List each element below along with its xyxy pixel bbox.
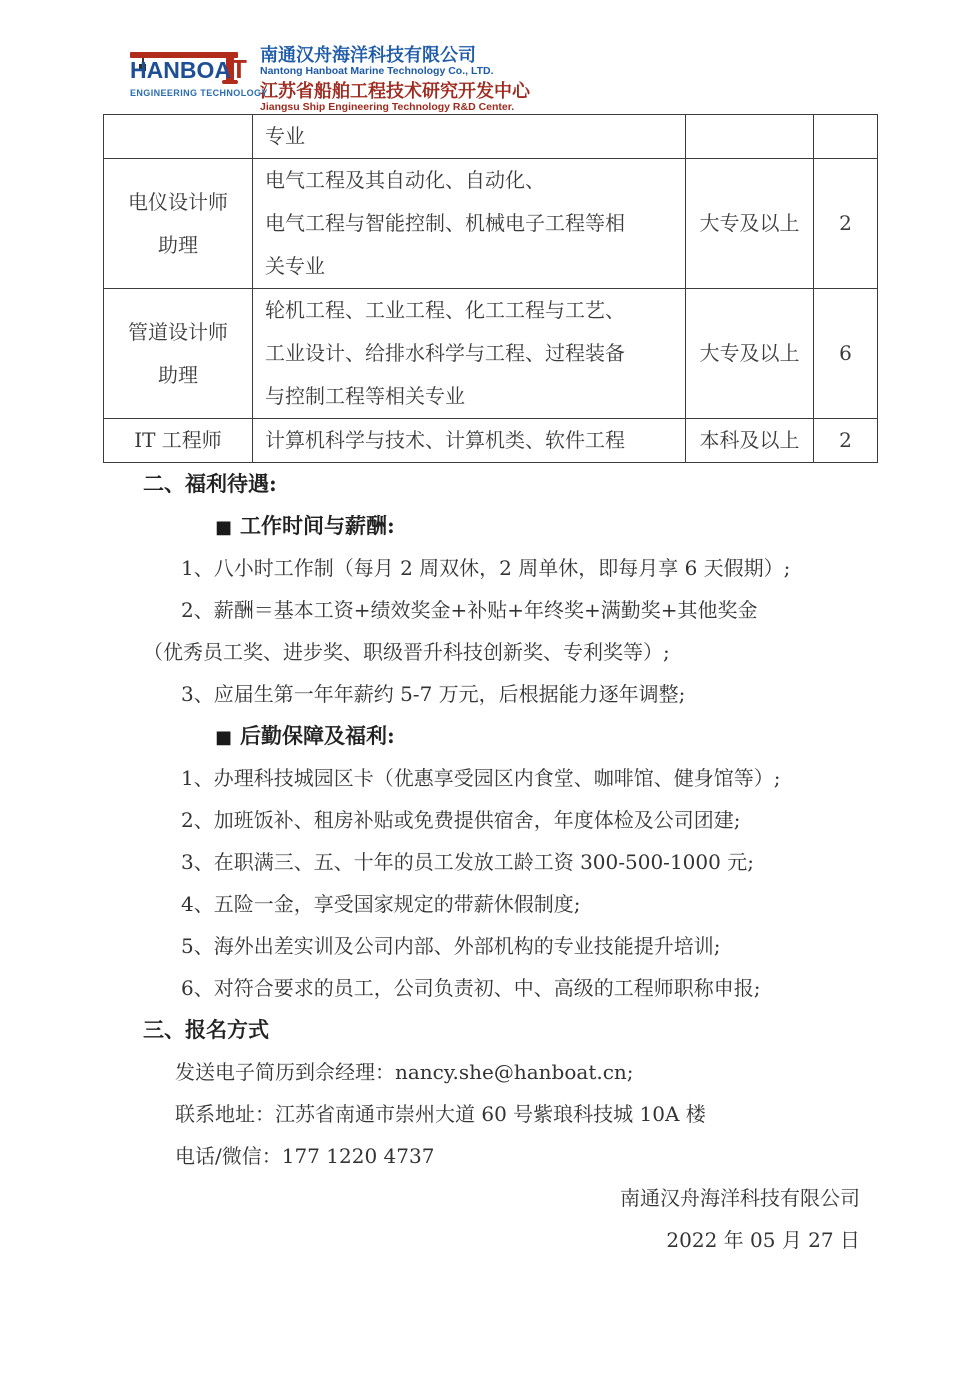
- square-bullet-icon: ■: [215, 717, 232, 759]
- apply-phone-line: 电话/微信：177 1220 4737: [175, 1135, 980, 1177]
- welfare-heading-label: 后勤保障及福利:: [240, 723, 395, 748]
- brand-t-letter: T: [231, 54, 247, 84]
- position-cell: 电仪设计师 助理: [104, 159, 253, 289]
- brand-prefix: HANBOA: [130, 57, 231, 83]
- welfare-item-3: 3、在职满三、五、十年的员工发放工龄工资 300-500-1000 元;: [181, 841, 980, 883]
- apply-address-line: 联系地址：江苏省南通市崇州大道 60 号紫琅科技城 10A 楼: [175, 1093, 980, 1135]
- degree-cell: 大专及以上: [686, 159, 814, 289]
- welfare-item-1: 1、办理科技城园区卡（优惠享受园区内食堂、咖啡馆、健身馆等）;: [181, 757, 980, 799]
- signature-company: 南通汉舟海洋科技有限公司: [0, 1177, 860, 1219]
- position-cell: IT 工程师: [104, 419, 253, 463]
- work-salary-heading-label: 工作时间与薪酬:: [240, 513, 395, 538]
- square-bullet-icon: ■: [215, 507, 232, 549]
- company-name-en: Nantong Hanboat Marine Technology Co., L…: [260, 66, 530, 77]
- job-positions-table: 专业 电仪设计师 助理 电气工程及其自动化、自动化、 电气工程与智能控制、机械电…: [103, 114, 878, 463]
- table-row: 管道设计师 助理 轮机工程、工业工程、化工工程与工艺、 工业设计、给排水科学与工…: [104, 289, 878, 419]
- table-row: 电仪设计师 助理 电气工程及其自动化、自动化、 电气工程与智能控制、机械电子工程…: [104, 159, 878, 289]
- degree-cell: 大专及以上: [686, 289, 814, 419]
- letterhead-text: 南通汉舟海洋科技有限公司 Nantong Hanboat Marine Tech…: [260, 44, 530, 112]
- work-item-2-cont: （优秀员工奖、进步奖、职级晋升科技创新奖、专利奖等）;: [143, 631, 980, 673]
- center-name-cn: 江苏省船舶工程技术研究开发中心: [260, 82, 530, 100]
- position-cell: 管道设计师 助理: [104, 289, 253, 419]
- benefits-heading: 二、福利待遇:: [143, 463, 980, 505]
- signature-date: 2022 年 05 月 27 日: [0, 1219, 860, 1261]
- degree-cell: 本科及以上: [686, 419, 814, 463]
- work-item-1: 1、八小时工作制（每月 2 周双休，2 周单休，即每月享 6 天假期）;: [181, 547, 980, 589]
- document-page: HANBOAT ENGINEERING TECHNOLOGY 南通汉舟海洋科技有…: [0, 0, 980, 1389]
- work-item-2: 2、薪酬＝基本工资+绩效奖金+补贴+年终奖+满勤奖+其他奖金: [181, 589, 980, 631]
- brand-wordmark: HANBOAT: [130, 56, 247, 83]
- table-row: 专业: [104, 115, 878, 159]
- welfare-item-4: 4、五险一金，享受国家规定的带薪休假制度;: [181, 883, 980, 925]
- degree-cell: [686, 115, 814, 159]
- center-name-en: Jiangsu Ship Engineering Technology R&D …: [260, 102, 530, 113]
- document-body: 二、福利待遇: ■工作时间与薪酬: 1、八小时工作制（每月 2 周双休，2 周单…: [0, 463, 980, 1261]
- count-cell: 2: [814, 419, 878, 463]
- major-cell: 电气工程及其自动化、自动化、 电气工程与智能控制、机械电子工程等相 关专业: [253, 159, 686, 289]
- major-cell: 轮机工程、工业工程、化工工程与工艺、 工业设计、给排水科学与工程、过程装备 与控…: [253, 289, 686, 419]
- letterhead: HANBOAT ENGINEERING TECHNOLOGY 南通汉舟海洋科技有…: [130, 44, 530, 112]
- brand-tagline: ENGINEERING TECHNOLOGY: [130, 88, 268, 98]
- welfare-heading: ■后勤保障及福利:: [215, 715, 980, 757]
- work-salary-heading: ■工作时间与薪酬:: [215, 505, 980, 547]
- work-item-3: 3、应届生第一年年薪约 5-7 万元，后根据能力逐年调整;: [181, 673, 980, 715]
- table-row: IT 工程师 计算机科学与技术、计算机类、软件工程 本科及以上 2: [104, 419, 878, 463]
- count-cell: [814, 115, 878, 159]
- apply-email-line: 发送电子简历到佘经理：nancy.she@hanboat.cn;: [175, 1051, 980, 1093]
- major-cell: 计算机科学与技术、计算机类、软件工程: [253, 419, 686, 463]
- welfare-item-2: 2、加班饭补、租房补贴或免费提供宿舍，年度体检及公司团建;: [181, 799, 980, 841]
- welfare-item-5: 5、海外出差实训及公司内部、外部机构的专业技能提升培训;: [181, 925, 980, 967]
- apply-heading: 三、报名方式: [143, 1009, 980, 1051]
- major-cell: 专业: [253, 115, 686, 159]
- company-name-cn: 南通汉舟海洋科技有限公司: [260, 46, 530, 64]
- welfare-item-6: 6、对符合要求的员工，公司负责初、中、高级的工程师职称申报;: [181, 967, 980, 1009]
- hanboat-logo: HANBOAT ENGINEERING TECHNOLOGY: [130, 44, 248, 106]
- count-cell: 2: [814, 159, 878, 289]
- count-cell: 6: [814, 289, 878, 419]
- position-cell: [104, 115, 253, 159]
